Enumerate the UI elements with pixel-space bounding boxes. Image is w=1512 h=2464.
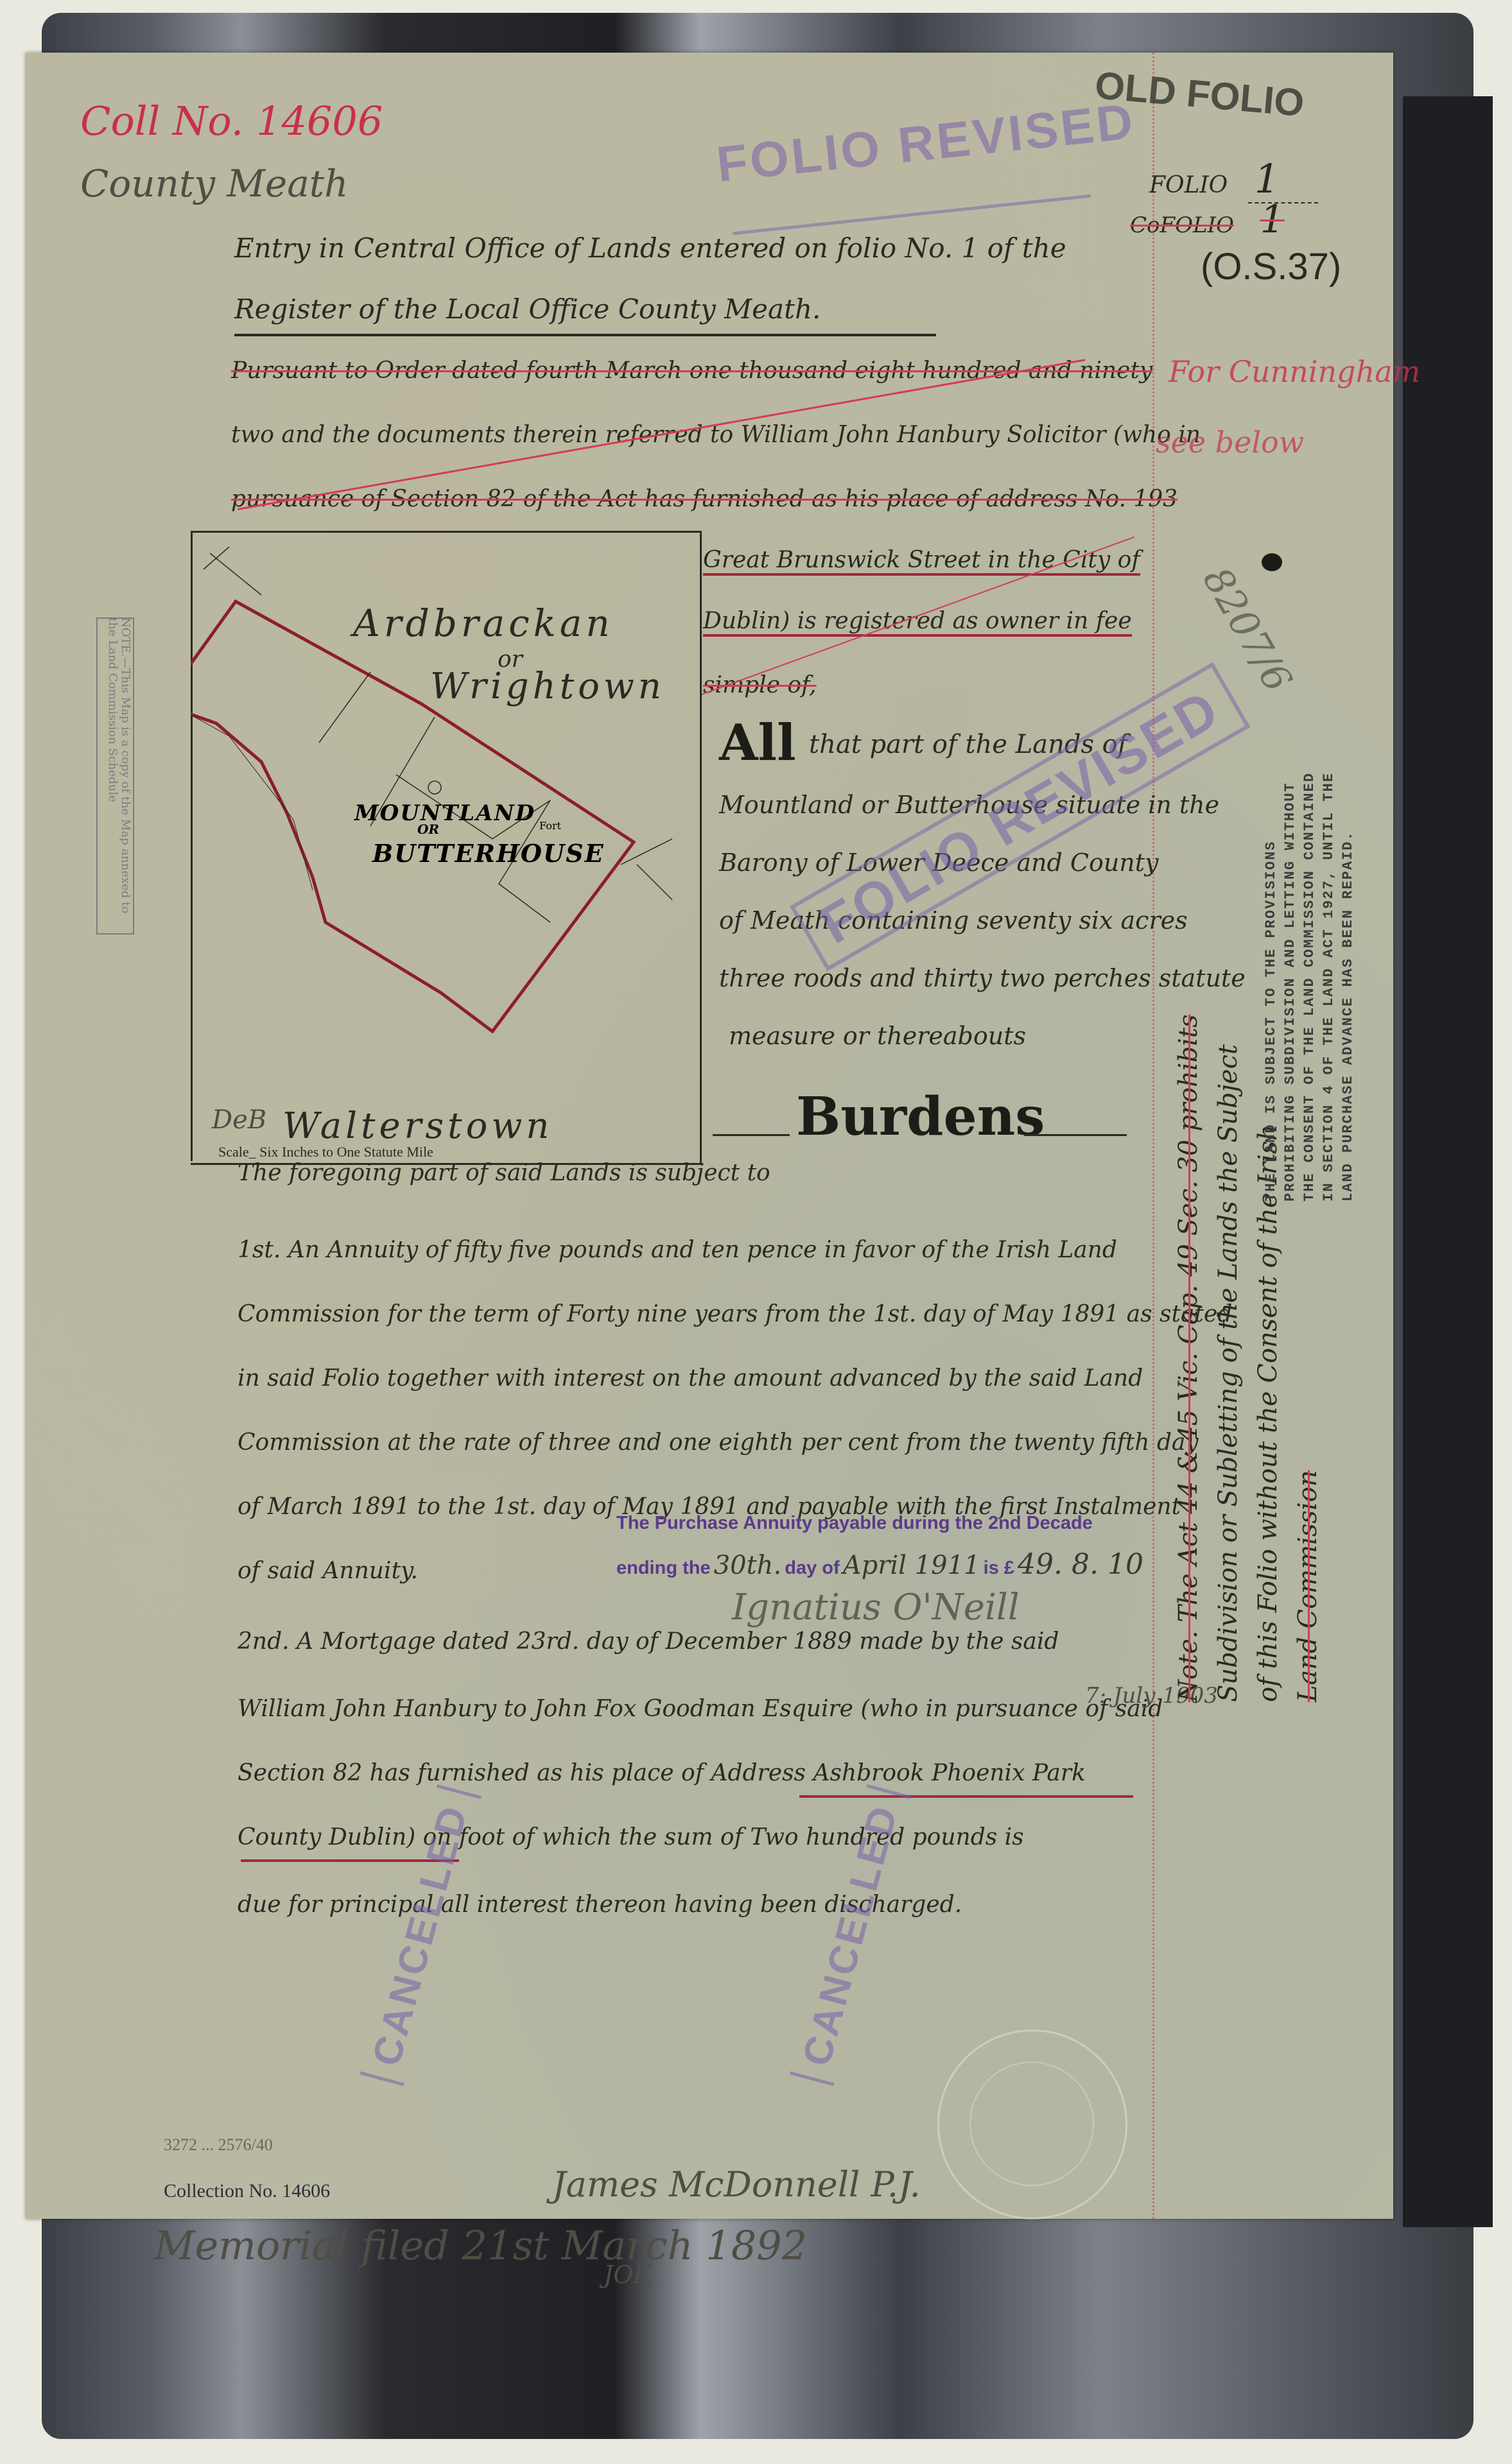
typed-note-line-4: IN SECTION 4 OF THE LAND ACT 1927, UNTIL…: [1319, 752, 1339, 1202]
vertical-note-line-1: Note. The Act 44 & 45 Vic. Cap. 49 Sec. …: [1169, 996, 1208, 1702]
burden-2-line-3-text: Section 82 has furnished as his place of…: [238, 1760, 1086, 1786]
map-label-walterstown: Walterstown: [282, 1105, 553, 1147]
cofolio-value: 1: [1254, 197, 1323, 242]
embossed-seal-inner: [969, 2062, 1094, 2186]
burden-2-line-4: County Dublin) on foot of which the sum …: [238, 1824, 1024, 1850]
folio-label-text: FOLIO: [1149, 172, 1228, 198]
burden-1-line-3: in said Folio together with interest on …: [238, 1365, 1143, 1391]
annuity-day-of: day of: [785, 1558, 839, 1578]
margin-note-cunningham: For Cunningham: [1169, 354, 1420, 389]
vertical-note-line-2: Subdivision or Subletting of the Lands t…: [1208, 996, 1248, 1702]
struck-line-5: Dublin) is registered as owner in fee: [703, 608, 1132, 634]
burden-2-line-1: 2nd. A Mortgage dated 23rd. day of Decem…: [238, 1628, 1059, 1655]
county-name: County Meath: [80, 162, 348, 205]
struck-line-4: Great Brunswick Street in the City of: [703, 547, 1140, 576]
burden-2-line-2: William John Hanbury to John Fox Goodman…: [238, 1696, 1163, 1722]
burdens-intro: The foregoing part of said Lands is subj…: [238, 1160, 770, 1186]
map-initials: DeB: [212, 1105, 266, 1135]
typed-note-line-5: LAND PURCHASE ADVANCE HAS BEEN REPAID.: [1339, 752, 1358, 1202]
typed-vertical-note: THE LAND IS SUBJECT TO THE PROVISIONS PR…: [1262, 752, 1358, 1202]
map-label-fort: Fort: [539, 820, 561, 832]
burden-1-line-1: 1st. An Annuity of fifty five pounds and…: [238, 1237, 1117, 1263]
margin-rule: [1152, 53, 1154, 2219]
map-scale: Scale_ Six Inches to One Statute Mile: [218, 1144, 433, 1160]
property-line-6: measure or thereabouts: [729, 1022, 1026, 1050]
address-red-underline: [799, 1795, 1133, 1798]
struck-line-5-text: Dublin) is registered as owner in fee: [703, 608, 1132, 637]
title-line-1: Entry in Central Office of Lands entered…: [234, 232, 1066, 264]
annuity-stamp-line-2: ending the 30th. day of April 1911 is £ …: [616, 1548, 1143, 1581]
cofolio-label-text: CoFOLIO: [1130, 212, 1234, 238]
map-side-stamp: NOTE.—This Map is a copy of the Map anne…: [106, 617, 132, 926]
collection-number: Coll No. 14606: [80, 98, 383, 144]
burden-1-line-4: Commission at the rate of three and one …: [238, 1429, 1199, 1456]
property-line-5: three roods and thirty two perches statu…: [719, 964, 1246, 992]
burden-2-line-3: Section 82 has furnished as his place of…: [238, 1760, 1086, 1786]
typed-note-line-3: THE CONSENT OF THE LAND COMMISSION CONTA…: [1300, 752, 1319, 1202]
footer-signature: James McDonnell P.J.: [552, 2164, 921, 2205]
map-label-parcel-or: OR: [417, 822, 439, 837]
burdens-rule-left: [713, 1134, 790, 1136]
annuity-month-year: April 1911: [843, 1551, 980, 1580]
memorial-filed: Memorial filed 21st March 1892: [154, 2222, 807, 2269]
annuity-signature: Ignatius O'Neill: [732, 1587, 1020, 1628]
os-sheet-number: (O.S.37): [1201, 245, 1341, 288]
burdens-rule-right: [1024, 1134, 1127, 1136]
struck-line-3: pursuance of Section 82 of the Act has f…: [231, 486, 1177, 512]
map-label-ardbrackan: Ardbrackan: [353, 601, 614, 645]
annuity-day: 30th.: [714, 1551, 781, 1580]
folio-page: Coll No. 14606 County Meath FOLIO REVISE…: [26, 53, 1393, 2219]
footer-initials: JOK: [604, 2261, 652, 2289]
map-label-wrightown: Wrightown: [430, 666, 665, 707]
property-line-4: of Meath containing seventy six acres: [719, 906, 1188, 935]
folio-revised-stamp: FOLIO REVISED: [714, 92, 1138, 194]
ink-blot: [1262, 553, 1282, 571]
property-lead: All: [719, 714, 796, 772]
annuity-is: is £: [984, 1558, 1014, 1578]
margin-note-see-below: see below: [1156, 425, 1304, 460]
folio-value: 1: [1248, 155, 1318, 203]
map-label-mountland: MOUNTLAND: [354, 800, 535, 826]
footer-reference-numbers: 3272 ... 2576/40: [164, 2135, 273, 2155]
struck-line-6: simple of,: [703, 672, 817, 698]
cofolio-label: CoFOLIO 1: [1130, 197, 1323, 242]
typed-note-line-1: THE LAND IS SUBJECT TO THE PROVISIONS: [1262, 752, 1281, 1202]
annuity-ending-label: ending the: [616, 1558, 711, 1578]
burden-1-line-6: of said Annuity.: [238, 1558, 418, 1584]
folio-label: FOLIO 1: [1149, 155, 1318, 202]
burdens-heading: Burdens: [796, 1086, 1045, 1148]
map-label-butterhouse: BUTTERHOUSE: [372, 839, 605, 868]
typed-note-line-2: PROHIBITING SUBDIVISION AND LETTING WITH…: [1281, 752, 1300, 1202]
stamp-underline: [733, 194, 1090, 236]
footer-collection-number: Collection No. 14606: [164, 2180, 330, 2202]
binding-spine: [1403, 96, 1493, 2227]
title-line-2: Register of the Local Office County Meat…: [234, 293, 936, 336]
burden-1-line-2: Commission for the term of Forty nine ye…: [238, 1301, 1232, 1327]
annuity-amount: 49. 8. 10: [1018, 1548, 1143, 1581]
annuity-stamp-line-1: The Purchase Annuity payable during the …: [616, 1513, 1093, 1534]
